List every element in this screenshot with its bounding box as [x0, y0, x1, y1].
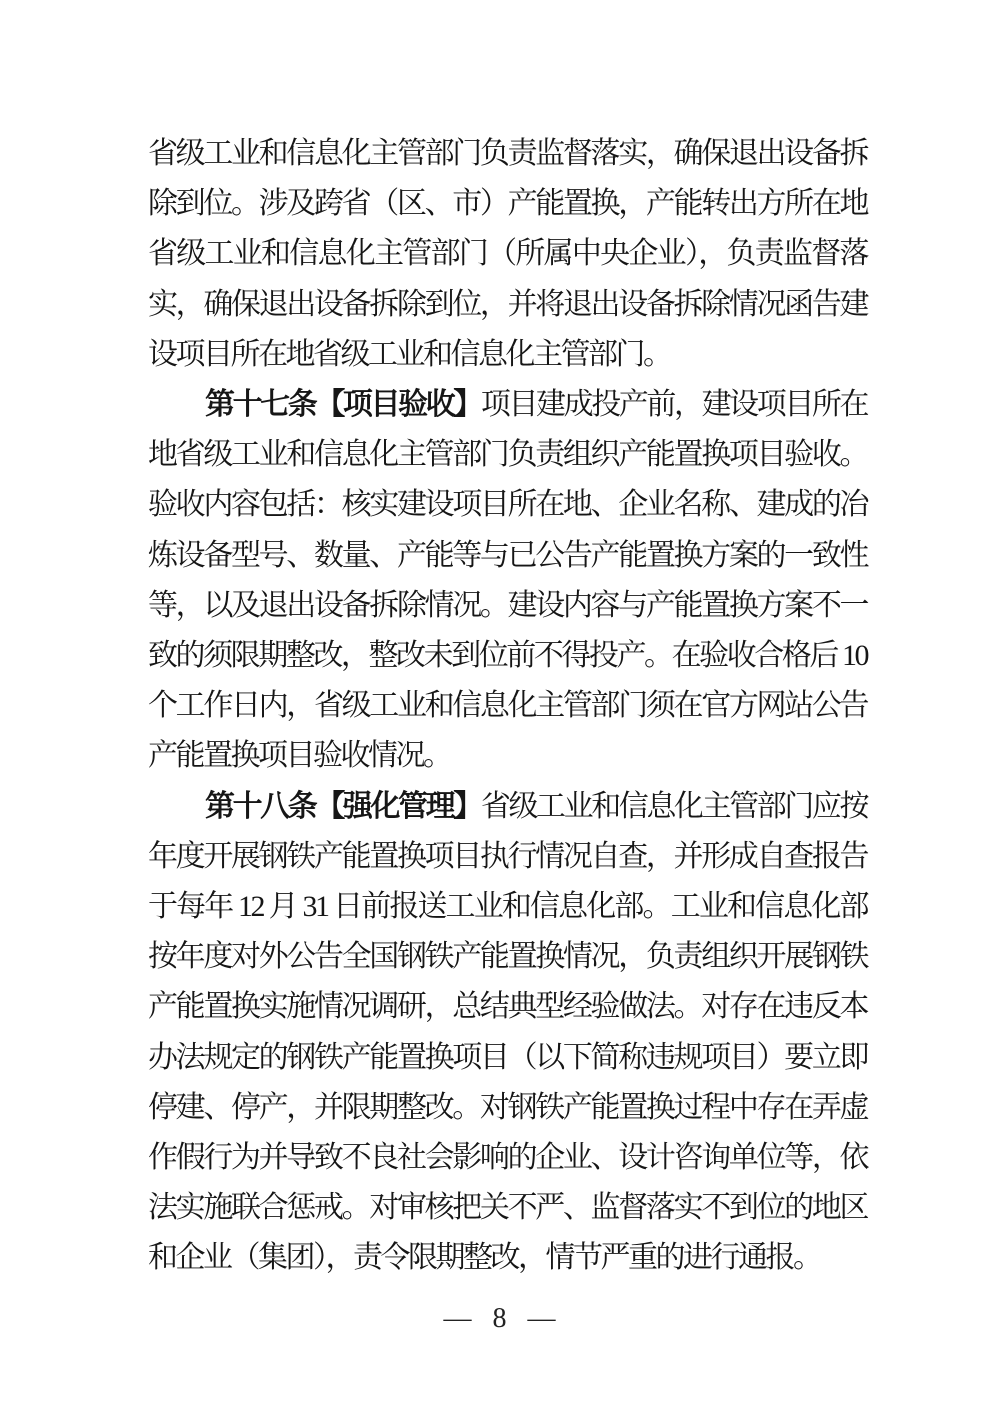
paragraph-continuation-text: 省级工业和信息化主管部门负责监督落实，确保退出设备拆除到位。涉及跨省（区、市）产… — [148, 137, 867, 371]
paragraph-continuation: 省级工业和信息化主管部门负责监督落实，确保退出设备拆除到位。涉及跨省（区、市）产… — [148, 129, 867, 380]
article-18-heading: 第十八条【强化管理】 — [205, 789, 481, 824]
page-footer: — 8 — — [0, 1303, 1000, 1335]
article-18-text: 省级工业和信息化主管部门应按年度开展钢铁产能置换项目执行情况自查，并形成自查报告… — [148, 790, 867, 1275]
page-number: — 8 — — [444, 1303, 557, 1334]
article-17-paragraph: 第十七条【项目验收】项目建成投产前，建设项目所在地省级工业和信息化主管部门负责组… — [148, 380, 867, 782]
article-18-paragraph: 第十八条【强化管理】省级工业和信息化主管部门应按年度开展钢铁产能置换项目执行情况… — [148, 782, 867, 1284]
document-page: 省级工业和信息化主管部门负责监督落实，确保退出设备拆除到位。涉及跨省（区、市）产… — [0, 0, 1000, 1414]
article-17-text: 项目建成投产前，建设项目所在地省级工业和信息化主管部门负责组织产能置换项目验收。… — [148, 388, 867, 772]
page-body-text: 省级工业和信息化主管部门负责监督落实，确保退出设备拆除到位。涉及跨省（区、市）产… — [148, 129, 867, 1284]
article-17-heading: 第十七条【项目验收】 — [205, 387, 481, 422]
